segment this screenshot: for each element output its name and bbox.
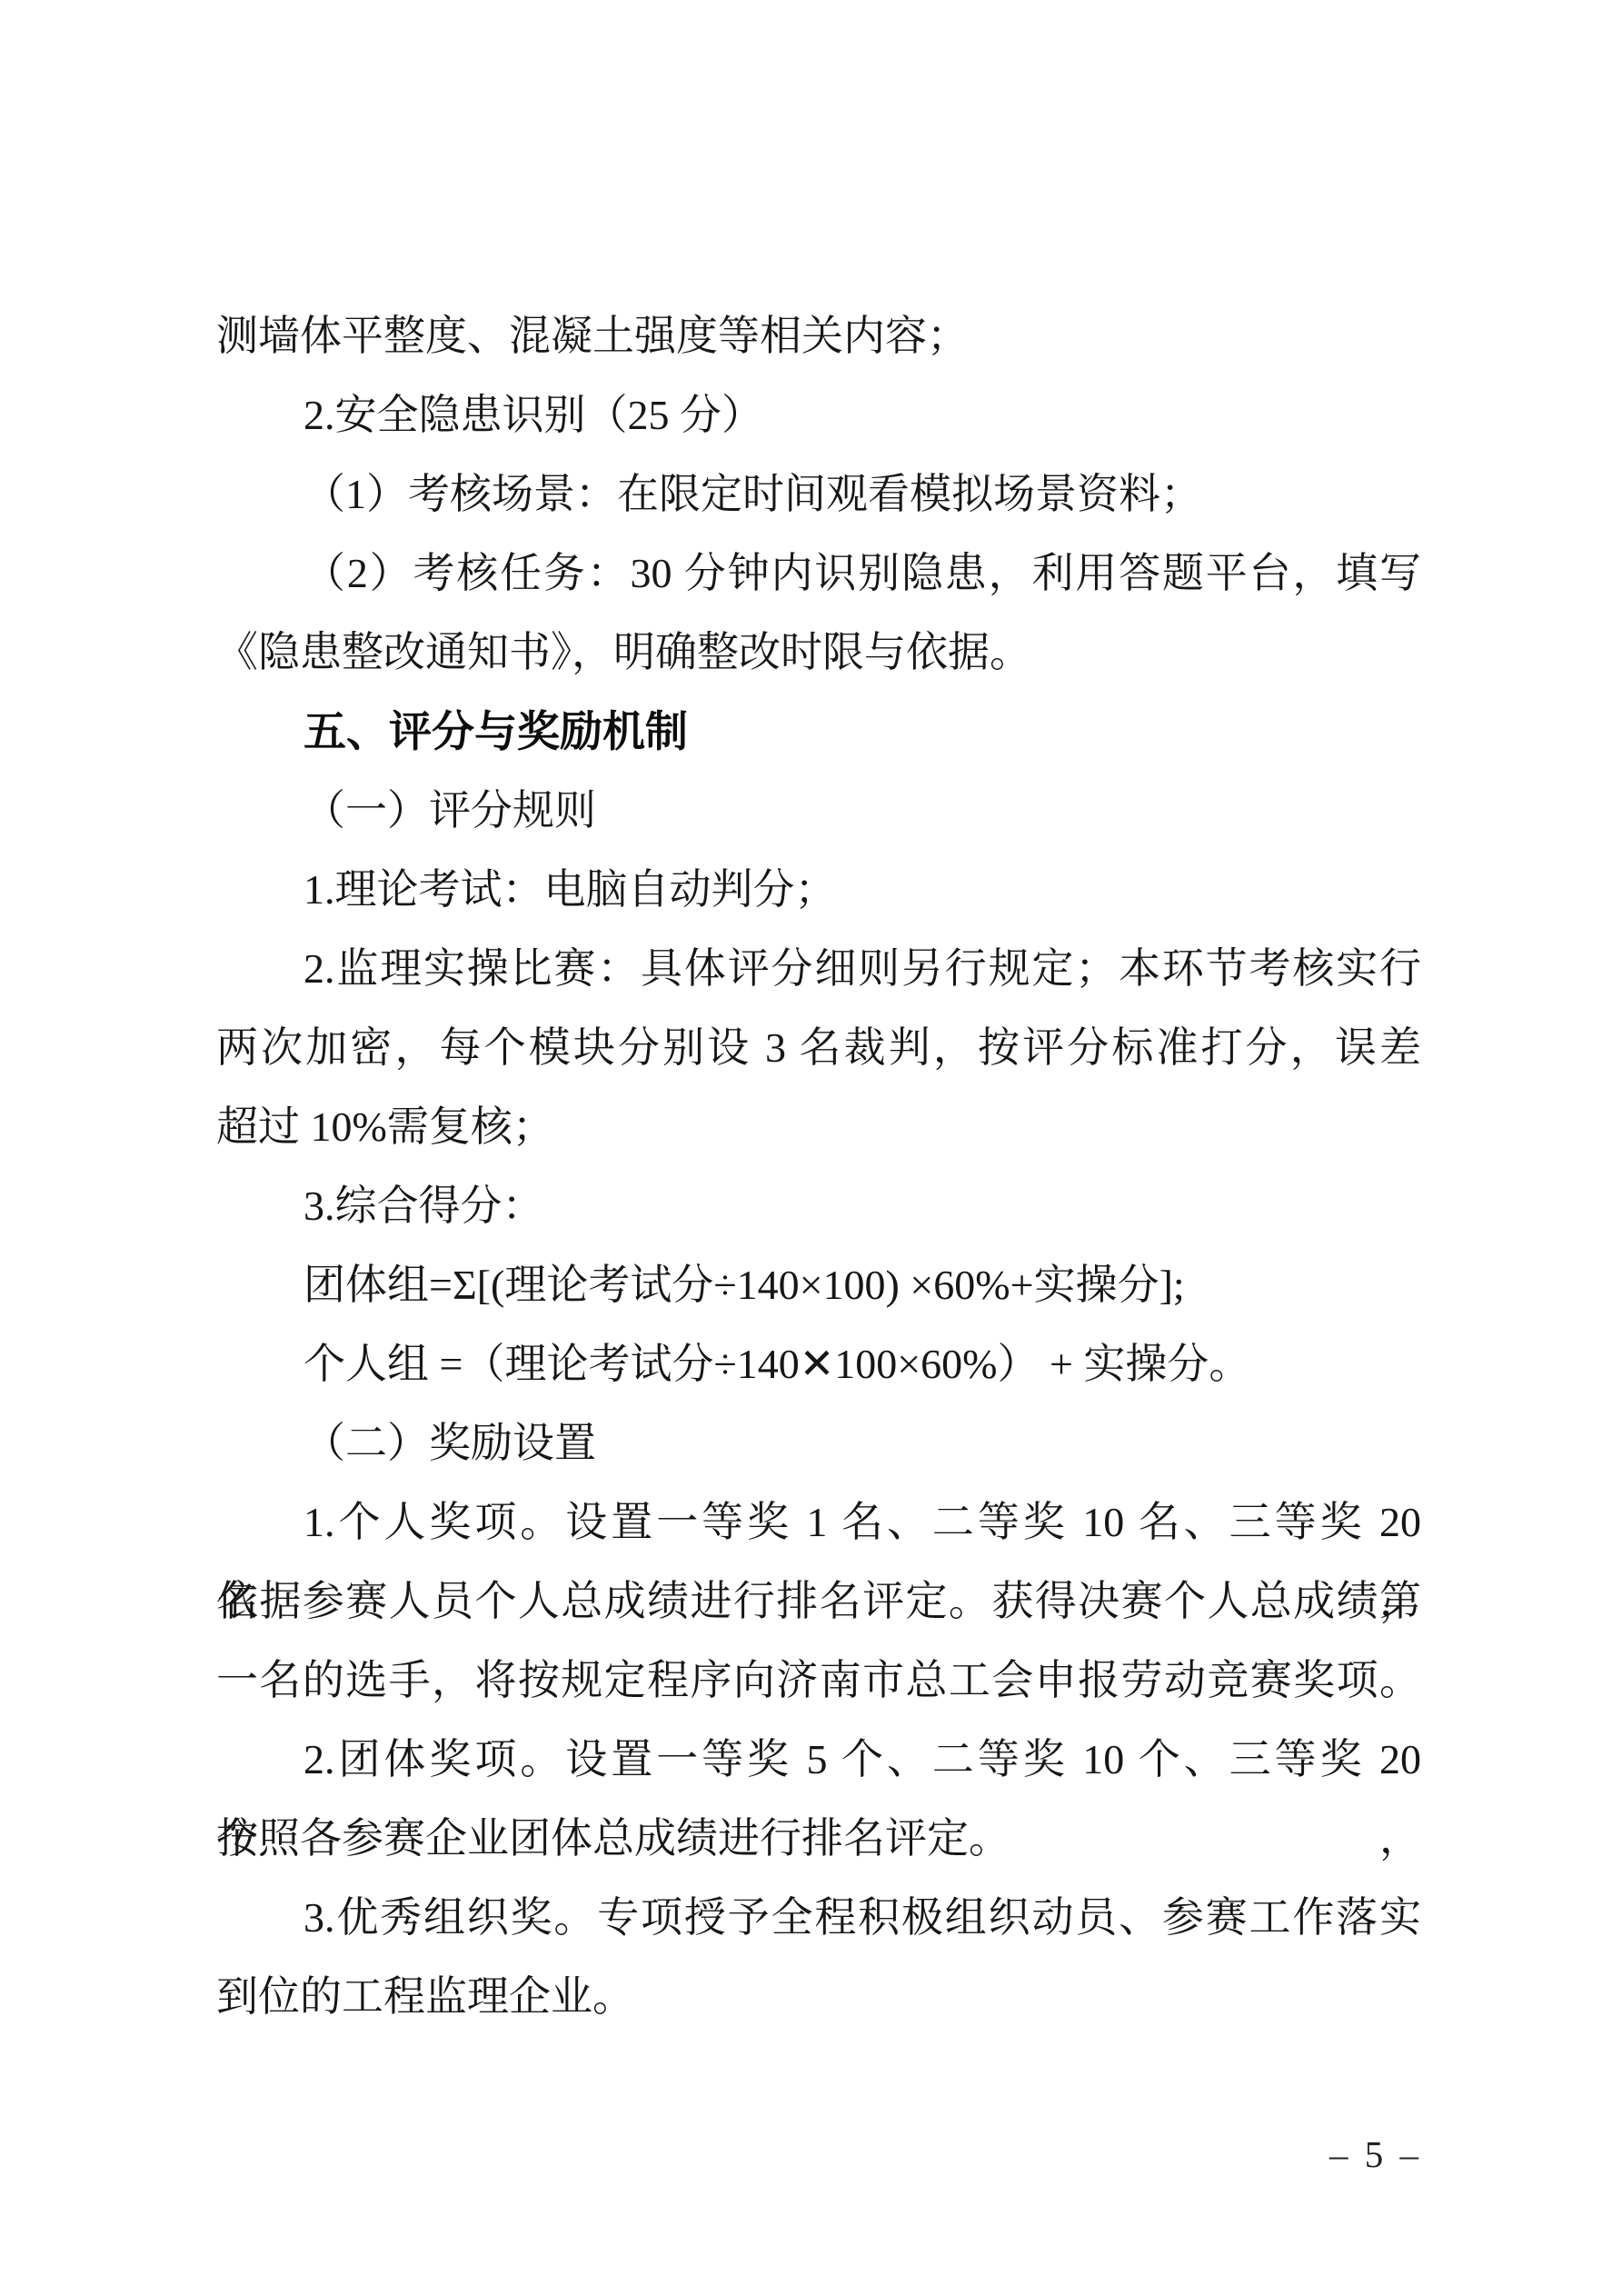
page-number: – 5 – <box>1310 2127 1438 2181</box>
formula-line: 团体组=Σ[(理论考试分÷140×100) ×60%+实操分]; <box>216 1245 1421 1324</box>
paragraph-line: 两次加密，每个模块分别设 3 名裁判，按评分标准打分，误差 <box>216 1008 1421 1087</box>
paragraph-line: 《隐患整改通知书》，明确整改时限与依据。 <box>216 613 1421 692</box>
paragraph-line: 3.综合得分： <box>216 1166 1421 1245</box>
paragraph-line: 2.监理实操比赛：具体评分细则另行规定；本环节考核实行 <box>216 929 1421 1008</box>
paragraph-line: 超过 10%需复核； <box>216 1087 1421 1166</box>
content-area: 测墙体平整度、混凝土强度等相关内容； 2.安全隐患识别（25 分） （1）考核场… <box>216 296 1421 2036</box>
paragraph-line: （2）考核任务：30 分钟内识别隐患，利用答题平台，填写 <box>216 534 1421 613</box>
paragraph-line: 1.理论考试：电脑自动判分； <box>216 850 1421 929</box>
paragraph-line: 2.安全隐患识别（25 分） <box>216 375 1421 454</box>
paragraph-line: 依据参赛人员个人总成绩进行排名评定。获得决赛个人总成绩第 <box>216 1562 1421 1641</box>
subsection-heading: （二）奖励设置 <box>216 1403 1421 1482</box>
section-heading: 五、评分与奖励机制 <box>216 692 1421 771</box>
paragraph-line: 一名的选手，将按规定程序向济南市总工会申报劳动竞赛奖项。 <box>216 1641 1421 1720</box>
subsection-heading: （一）评分规则 <box>216 771 1421 850</box>
paragraph-line: 测墙体平整度、混凝土强度等相关内容； <box>216 296 1421 375</box>
document-page: 测墙体平整度、混凝土强度等相关内容； 2.安全隐患识别（25 分） （1）考核场… <box>0 0 1622 2296</box>
formula-line: 个人组 =（理论考试分÷140✕100×60%） + 实操分。 <box>216 1324 1421 1403</box>
paragraph-line: 1.个人奖项。设置一等奖 1 名、二等奖 10 名、三等奖 20 名， <box>216 1482 1421 1562</box>
paragraph-line: （1）考核场景：在限定时间观看模拟场景资料； <box>216 454 1421 534</box>
paragraph-line: 2.团体奖项。设置一等奖 5 个、二等奖 10 个、三等奖 20 个， <box>216 1720 1421 1799</box>
paragraph-line: 3.优秀组织奖。专项授予全程积极组织动员、参赛工作落实 <box>216 1878 1421 1957</box>
paragraph-line: 到位的工程监理企业。 <box>216 1957 1421 2036</box>
